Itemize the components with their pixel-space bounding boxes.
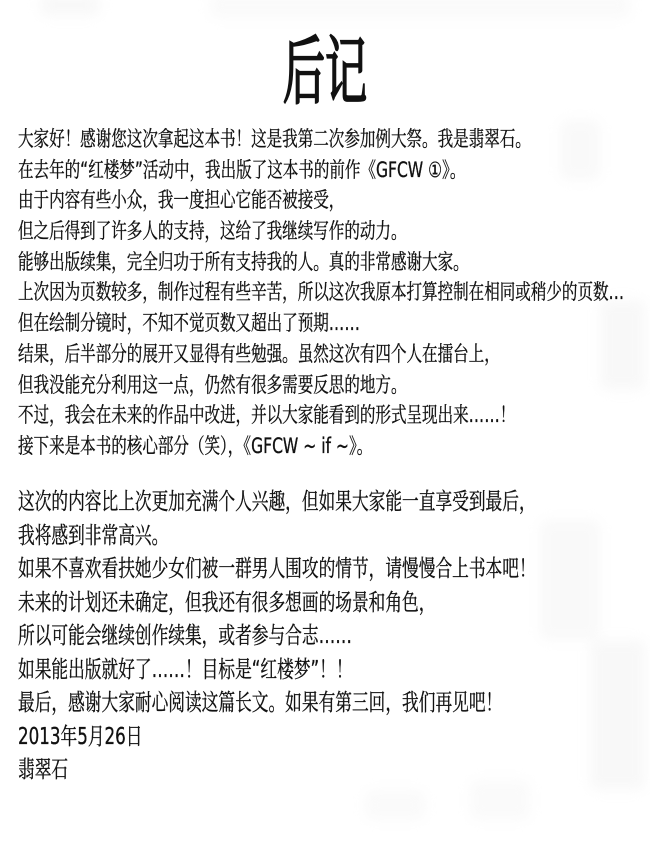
- scan-artifact: [365, 790, 425, 820]
- text-line: 我将感到非常高兴。: [18, 520, 477, 554]
- text-line: 如果不喜欢看扶她少女们被一群男人围攻的情节，请慢慢合上书本吧！: [18, 553, 477, 587]
- text-line: 但在绘制分镜时，不知不觉页数又超出了预期……: [18, 308, 486, 339]
- text-line: 能够出版续集，完全归功于所有支持我的人。真的非常感谢大家。: [18, 247, 486, 278]
- text-line: 大家好！感谢您这次拿起这本书！这是我第二次参加例大祭。我是翡翠石。: [18, 124, 486, 155]
- page-title-text: 后记: [283, 30, 367, 114]
- text-line: 这次的内容比上次更加充满个人兴趣，但如果大家能一直享受到最后，: [18, 486, 477, 520]
- text-line: 最后，感谢大家耐心阅读这篇长文。如果有第三回，我们再见吧！: [18, 687, 477, 721]
- paragraph-1: 大家好！感谢您这次拿起这本书！这是我第二次参加例大祭。我是翡翠石。 在去年的“红…: [18, 124, 650, 462]
- text-line: 上次因为页数较多，制作过程有些辛苦，所以这次我原本打算控制在相同或稍少的页数…: [18, 277, 486, 308]
- text-line: 接下来是本书的核心部分（笑），《GFCW ~ if ~》。: [18, 431, 486, 462]
- scan-artifact: [210, 0, 630, 18]
- text-line: 在去年的“红楼梦”活动中，我出版了这本书的前作《GFCW ①》。: [18, 155, 486, 186]
- text-line: 所以可能会继续创作续集，或者参与合志……: [18, 620, 477, 654]
- text-line: 如果能出版就好了……！目标是“红楼梦”！！: [18, 654, 477, 688]
- scan-artifact: [40, 0, 100, 16]
- signature-author: 翡翠石: [18, 754, 477, 788]
- signature-date: 2013年5月26日: [18, 721, 477, 755]
- text-line: 结果，后半部分的展开又显得有些勉强。虽然这次有四个人在擂台上，: [18, 339, 486, 370]
- text-line: 由于内容有些小众，我一度担心它能否被接受，: [18, 185, 486, 216]
- document-page: 后记 大家好！感谢您这次拿起这本书！这是我第二次参加例大祭。我是翡翠石。 在去年…: [0, 0, 650, 850]
- text-line: 但之后得到了许多人的支持，这给了我继续写作的动力。: [18, 216, 486, 247]
- page-title: 后记: [0, 30, 650, 114]
- paragraph-2: 这次的内容比上次更加充满个人兴趣，但如果大家能一直享受到最后， 我将感到非常高兴…: [18, 486, 650, 788]
- text-line: 但我没能充分利用这一点，仍然有很多需要反思的地方。: [18, 370, 486, 401]
- text-line: 不过，我会在未来的作品中改进，并以大家能看到的形式呈现出来……！: [18, 400, 486, 431]
- text-line: 未来的计划还未确定，但我还有很多想画的场景和角色，: [18, 587, 477, 621]
